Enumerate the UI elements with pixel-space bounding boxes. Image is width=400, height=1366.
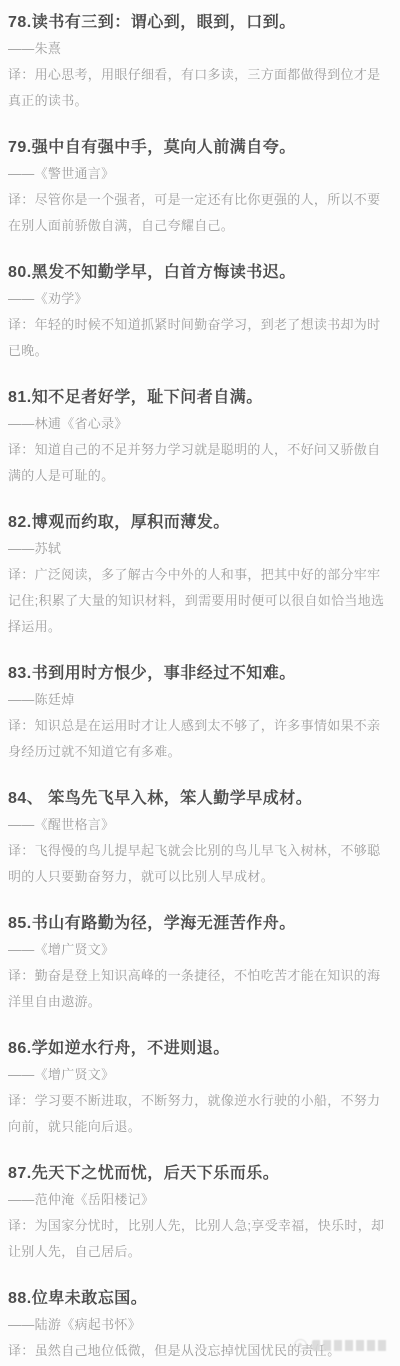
quote-heading: 84、 笨鸟先飞早入林，笨人勤学早成材。 [8, 786, 392, 812]
quote-item: 79.强中自有强中手，莫向人前满自夸。 ——《警世通言》 译：尽管你是一个强者，… [8, 135, 392, 239]
quote-heading: 80.黑发不知勤学早，白首方悔读书迟。 [8, 260, 392, 286]
quote-source: ——朱熹 [8, 36, 392, 62]
quote-translation: 译：为国家分忧时，比别人先，比别人急;享受幸福，快乐时，却让别人先，自己居后。 [8, 1213, 392, 1265]
watermark-text-illegible [312, 1340, 388, 1351]
quote-source: ——陈廷焯 [8, 687, 392, 713]
quote-item: 83.书到用时方恨少，事非经过不知难。 ——陈廷焯 译：知识总是在运用时才让人感… [8, 661, 392, 765]
quote-translation: 译：知识总是在运用时才让人感到太不够了，许多事情如果不亲身经历过就不知道它有多难… [8, 713, 392, 765]
quote-item: 78.读书有三到：谓心到，眼到，口到。 ——朱熹 译：用心思考，用眼仔细看，有口… [8, 10, 392, 114]
quote-translation: 译：学习要不断进取，不断努力，就像逆水行驶的小船，不努力向前，就只能向后退。 [8, 1088, 392, 1140]
quote-item: 81.知不足者好学，耻下问者自满。 ——林逋《省心录》 译：知道自己的不足并努力… [8, 385, 392, 489]
quote-translation: 译：广泛阅读，多了解古今中外的人和事，把其中好的部分牢牢记住;积累了大量的知识材… [8, 562, 392, 640]
quote-item: 85.书山有路勤为径，学海无涯苦作舟。 ——《增广贤文》 译：勤奋是登上知识高峰… [8, 911, 392, 1015]
quote-source: ——陆游《病起书怀》 [8, 1312, 392, 1338]
quote-heading: 85.书山有路勤为径，学海无涯苦作舟。 [8, 911, 392, 937]
quote-source: ——《增广贤文》 [8, 1062, 392, 1088]
quote-item: 80.黑发不知勤学早，白首方悔读书迟。 ——《劝学》 译：年轻的时候不知道抓紧时… [8, 260, 392, 364]
weibo-logo-icon [294, 1339, 307, 1352]
quote-heading: 82.博观而约取，厚积而薄发。 [8, 510, 392, 536]
quote-item: 87.先天下之忧而忧，后天下乐而乐。 ——范仲淹《岳阳楼记》 译：为国家分忧时，… [8, 1161, 392, 1265]
quote-source: ——《增广贤文》 [8, 937, 392, 963]
quote-source: ——苏轼 [8, 536, 392, 562]
quote-item: 86.学如逆水行舟，不进则退。 ——《增广贤文》 译：学习要不断进取，不断努力，… [8, 1036, 392, 1140]
quote-heading: 81.知不足者好学，耻下问者自满。 [8, 385, 392, 411]
quote-heading: 78.读书有三到：谓心到，眼到，口到。 [8, 10, 392, 36]
quote-source: ——《警世通言》 [8, 161, 392, 187]
quote-heading: 87.先天下之忧而忧，后天下乐而乐。 [8, 1161, 392, 1187]
quote-translation: 译：飞得慢的鸟儿提早起飞就会比别的鸟儿早飞入树林，不够聪明的人只要勤奋努力，就可… [8, 838, 392, 890]
quote-translation: 译：尽管你是一个强者，可是一定还有比你更强的人，所以不要在别人面前骄傲自满，自己… [8, 187, 392, 239]
quote-list: 78.读书有三到：谓心到，眼到，口到。 ——朱熹 译：用心思考，用眼仔细看，有口… [0, 0, 400, 1364]
quote-translation: 译：勤奋是登上知识高峰的一条捷径，不怕吃苦才能在知识的海洋里自由遨游。 [8, 963, 392, 1015]
quote-source: ——《劝学》 [8, 286, 392, 312]
quote-translation: 译：知道自己的不足并努力学习就是聪明的人，不好问又骄傲自满的人是可耻的。 [8, 437, 392, 489]
quote-translation: 译：年轻的时候不知道抓紧时间勤奋学习，到老了想读书却为时已晚。 [8, 312, 392, 364]
quote-item: 82.博观而约取，厚积而薄发。 ——苏轼 译：广泛阅读，多了解古今中外的人和事，… [8, 510, 392, 640]
quote-source: ——《醒世格言》 [8, 812, 392, 838]
quote-source: ——范仲淹《岳阳楼记》 [8, 1187, 392, 1213]
quote-heading: 79.强中自有强中手，莫向人前满自夸。 [8, 135, 392, 161]
quote-heading: 86.学如逆水行舟，不进则退。 [8, 1036, 392, 1062]
quote-item: 84、 笨鸟先飞早入林，笨人勤学早成材。 ——《醒世格言》 译：飞得慢的鸟儿提早… [8, 786, 392, 890]
quote-item: 88.位卑未敢忘国。 ——陆游《病起书怀》 译：虽然自己地位低微，但是从没忘掉忧… [8, 1286, 392, 1364]
watermark [294, 1339, 388, 1352]
quote-translation: 译：用心思考，用眼仔细看，有口多读，三方面都做得到位才是真正的读书。 [8, 62, 392, 114]
quote-heading: 88.位卑未敢忘国。 [8, 1286, 392, 1312]
quote-heading: 83.书到用时方恨少，事非经过不知难。 [8, 661, 392, 687]
quote-source: ——林逋《省心录》 [8, 411, 392, 437]
